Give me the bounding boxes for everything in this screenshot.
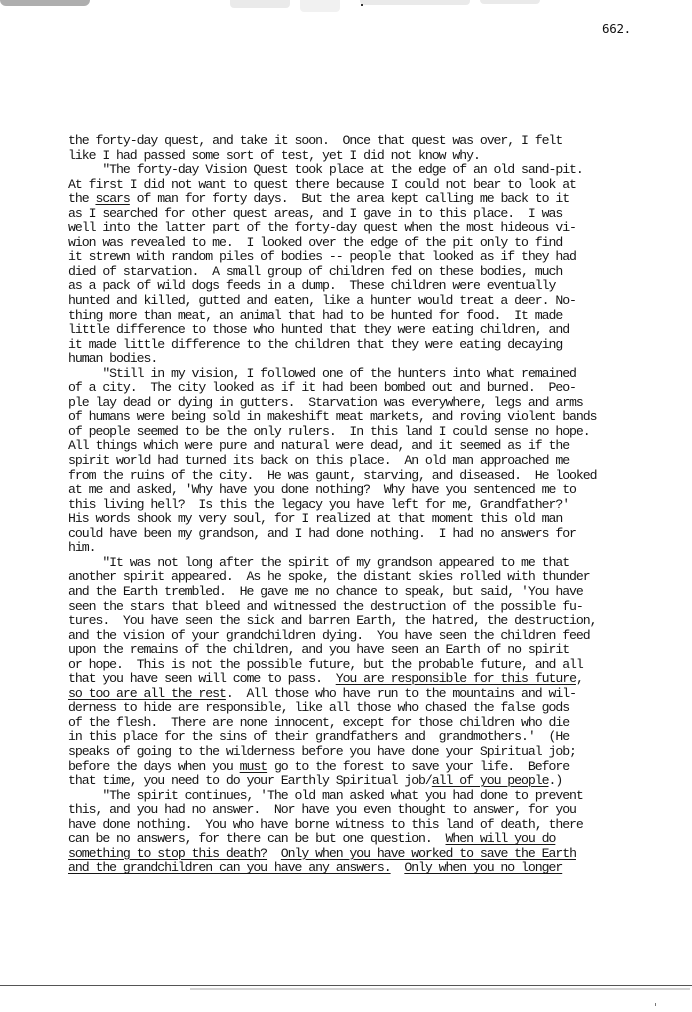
- text-segment: wion was revealed to me. I looked over t…: [68, 235, 562, 250]
- underlined-text: When will you do: [446, 831, 556, 846]
- text-segment: this, and you had no answer. Nor have yo…: [68, 802, 576, 817]
- text-line: have done nothing. You who have borne wi…: [68, 818, 688, 833]
- text-segment: that time, you need to do your Earthly S…: [68, 773, 432, 788]
- text-line: spirit world had turned its back on this…: [68, 454, 688, 469]
- text-line: so too are all the rest. All those who h…: [68, 687, 688, 702]
- text-line: that time, you need to do your Earthly S…: [68, 774, 688, 789]
- text-line: of people seemed to be the only rulers. …: [68, 425, 688, 440]
- text-segment: "The forty-day Vision Quest took place a…: [68, 162, 583, 177]
- scan-speck: [361, 4, 363, 6]
- text-line: wion was revealed to me. I looked over t…: [68, 236, 688, 251]
- underlined-text: something to stop this death?: [68, 846, 267, 861]
- text-line: like I had passed some sort of test, yet…: [68, 149, 688, 164]
- underlined-text: Only when you have worked to save the Ea…: [281, 846, 576, 861]
- text-line: this living hell? Is this the legacy you…: [68, 498, 688, 513]
- text-line: "It was not long after the spirit of my …: [68, 556, 688, 571]
- text-segment: like I had passed some sort of test, yet…: [68, 148, 480, 163]
- text-line: of the flesh. There are none innocent, e…: [68, 716, 688, 731]
- text-segment: could have been my grandson, and I had d…: [68, 526, 576, 541]
- text-line: All things which were pure and natural w…: [68, 439, 688, 454]
- underlined-text: all of you people: [432, 773, 549, 788]
- text-segment: little difference to those who hunted th…: [68, 322, 569, 337]
- text-segment: and the Earth trembled. He gave me no ch…: [68, 584, 583, 599]
- text-segment: seen the stars that bleed and witnessed …: [68, 599, 583, 614]
- underlined-text: and the grandchildren can you have any a…: [68, 860, 391, 875]
- underlined-text: You are responsible for this future: [336, 671, 576, 686]
- text-line: or hope. This is not the possible future…: [68, 658, 688, 673]
- text-line: at me and asked, 'Why have you done noth…: [68, 483, 688, 498]
- text-line: the scars of man for forty days. But the…: [68, 192, 688, 207]
- text-segment: human bodies.: [68, 351, 157, 366]
- text-segment: "The spirit continues, 'The old man aske…: [68, 788, 583, 803]
- text-line: it strewn with random piles of bodies --…: [68, 250, 688, 265]
- text-line: ple lay dead or dying in gutters. Starva…: [68, 396, 688, 411]
- text-segment: him.: [68, 540, 95, 555]
- text-line: of a city. The city looked as if it had …: [68, 381, 688, 396]
- text-line: as I searched for other quest areas, and…: [68, 207, 688, 222]
- bottom-rule: [0, 985, 692, 986]
- scan-smudge: [480, 0, 540, 4]
- text-line: something to stop this death? Only when …: [68, 847, 688, 862]
- text-line: the forty-day quest, and take it soon. O…: [68, 134, 688, 149]
- text-line: "The forty-day Vision Quest took place a…: [68, 163, 688, 178]
- text-segment: died of starvation. A small group of chi…: [68, 264, 562, 279]
- text-line: little difference to those who hunted th…: [68, 323, 688, 338]
- text-line: derness to hide are responsible, like al…: [68, 701, 688, 716]
- scan-smudge: [300, 0, 340, 12]
- text-segment: hunted and killed, gutted and eaten, lik…: [68, 293, 576, 308]
- text-line: "The spirit continues, 'The old man aske…: [68, 789, 688, 804]
- text-segment: and the vision of your grandchildren dyi…: [68, 628, 590, 643]
- document-page: 662. the forty-day quest, and take it so…: [0, 0, 692, 1012]
- text-line: could have been my grandson, and I had d…: [68, 527, 688, 542]
- underlined-text: Only when you no longer: [404, 860, 562, 875]
- text-segment: it strewn with random piles of bodies --…: [68, 249, 576, 264]
- text-line: human bodies.: [68, 352, 688, 367]
- text-line: this, and you had no answer. Nor have yo…: [68, 803, 688, 818]
- text-segment: of a city. The city looked as if it had …: [68, 380, 576, 395]
- text-segment: His words shook my very soul, for I real…: [68, 511, 562, 526]
- body-text: the forty-day quest, and take it soon. O…: [68, 134, 688, 876]
- text-line: seen the stars that bleed and witnessed …: [68, 600, 688, 615]
- text-line: hunted and killed, gutted and eaten, lik…: [68, 294, 688, 309]
- text-line: of humans were being sold in makeshift m…: [68, 410, 688, 425]
- underlined-text: so too are all the rest: [68, 686, 226, 701]
- text-line: in this place for the sins of their gran…: [68, 730, 688, 745]
- text-line: another spirit appeared. As he spoke, th…: [68, 570, 688, 585]
- text-segment: it made little difference to the childre…: [68, 337, 562, 352]
- text-line: and the grandchildren can you have any a…: [68, 861, 688, 876]
- underlined-text: scars: [95, 191, 129, 206]
- text-line: upon the remains of the children, and yo…: [68, 643, 688, 658]
- text-segment: as a pack of wild dogs feeds in a dump. …: [68, 278, 555, 293]
- text-line: well into the latter part of the forty-d…: [68, 221, 688, 236]
- text-segment: as I searched for other quest areas, and…: [68, 206, 562, 221]
- text-segment: derness to hide are responsible, like al…: [68, 700, 569, 715]
- text-segment: At first I did not want to quest there b…: [68, 177, 576, 192]
- text-line: died of starvation. A small group of chi…: [68, 265, 688, 280]
- text-segment: . All those who have run to the mountain…: [226, 686, 576, 701]
- scan-smudge: [230, 0, 290, 8]
- text-segment: before the days when you: [68, 759, 240, 774]
- text-segment: in this place for the sins of their gran…: [68, 729, 569, 744]
- text-segment: ple lay dead or dying in gutters. Starva…: [68, 395, 583, 410]
- text-segment: All things which were pure and natural w…: [68, 438, 569, 453]
- text-segment: can be no answers, for there can be but …: [68, 831, 446, 846]
- text-segment: "It was not long after the spirit of my …: [68, 555, 569, 570]
- text-segment: the: [68, 191, 95, 206]
- scan-speck: [655, 1003, 656, 1006]
- text-segment: [267, 846, 281, 861]
- text-segment: another spirit appeared. As he spoke, th…: [68, 569, 590, 584]
- text-line: from the ruins of the city. He was gaunt…: [68, 469, 688, 484]
- text-line: him.: [68, 541, 688, 556]
- scan-smudge: [360, 0, 470, 5]
- text-segment: .): [548, 773, 562, 788]
- text-segment: [391, 860, 405, 875]
- text-segment: of humans were being sold in makeshift m…: [68, 409, 597, 424]
- text-segment: spirit world had turned its back on this…: [68, 453, 569, 468]
- text-segment: of man for forty days. But the area kept…: [130, 191, 569, 206]
- text-segment: of the flesh. There are none innocent, e…: [68, 715, 569, 730]
- text-segment: go to the forest to save your life. Befo…: [267, 759, 569, 774]
- text-segment: tures. You have seen the sick and barren…: [68, 613, 597, 628]
- text-segment: at me and asked, 'Why have you done noth…: [68, 482, 576, 497]
- text-line: speaks of going to the wilderness before…: [68, 745, 688, 760]
- text-segment: well into the latter part of the forty-d…: [68, 220, 576, 235]
- bottom-rule-shadow: [190, 988, 690, 990]
- text-line: it made little difference to the childre…: [68, 338, 688, 353]
- text-segment: have done nothing. You who have borne wi…: [68, 817, 583, 832]
- text-line: At first I did not want to quest there b…: [68, 178, 688, 193]
- scan-smudge: [0, 0, 90, 6]
- text-line: can be no answers, for there can be but …: [68, 832, 688, 847]
- text-segment: that you have seen will come to pass.: [68, 671, 336, 686]
- text-segment: this living hell? Is this the legacy you…: [68, 497, 569, 512]
- text-line: as a pack of wild dogs feeds in a dump. …: [68, 279, 688, 294]
- text-line: tures. You have seen the sick and barren…: [68, 614, 688, 629]
- page-number: 662.: [602, 21, 631, 36]
- text-line: and the Earth trembled. He gave me no ch…: [68, 585, 688, 600]
- text-line: before the days when you must go to the …: [68, 760, 688, 775]
- text-segment: or hope. This is not the possible future…: [68, 657, 583, 672]
- text-segment: speaks of going to the wilderness before…: [68, 744, 576, 759]
- underlined-text: must: [240, 759, 267, 774]
- text-line: His words shook my very soul, for I real…: [68, 512, 688, 527]
- text-segment: of people seemed to be the only rulers. …: [68, 424, 590, 439]
- text-line: that you have seen will come to pass. Yo…: [68, 672, 688, 687]
- text-segment: ,: [576, 671, 583, 686]
- text-segment: upon the remains of the children, and yo…: [68, 642, 569, 657]
- text-line: and the vision of your grandchildren dyi…: [68, 629, 688, 644]
- text-segment: "Still in my vision, I followed one of t…: [68, 366, 576, 381]
- text-line: thing more than meat, an animal that had…: [68, 309, 688, 324]
- text-segment: from the ruins of the city. He was gaunt…: [68, 468, 597, 483]
- text-line: "Still in my vision, I followed one of t…: [68, 367, 688, 382]
- text-segment: thing more than meat, an animal that had…: [68, 308, 562, 323]
- text-segment: the forty-day quest, and take it soon. O…: [68, 133, 562, 148]
